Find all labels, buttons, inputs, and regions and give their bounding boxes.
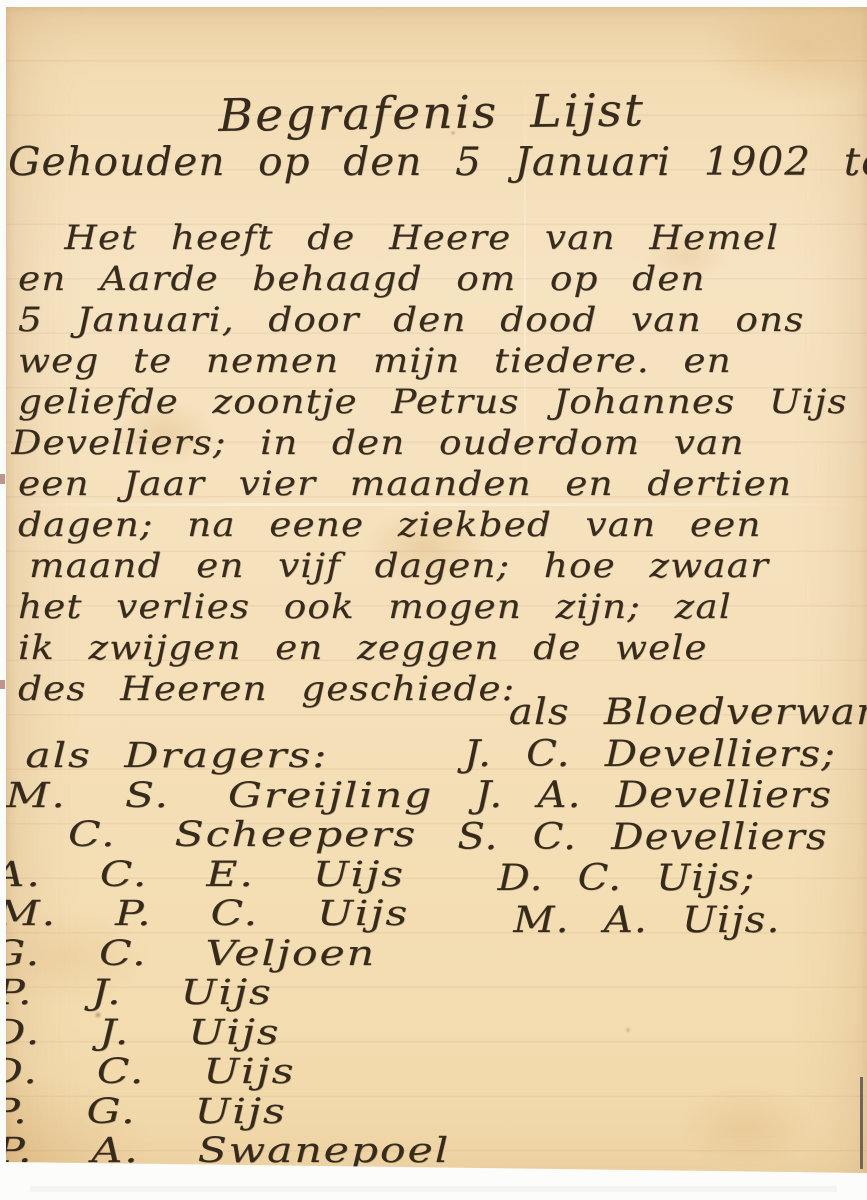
scan-edge-mark — [0, 680, 5, 689]
scan-edge-mark — [0, 474, 5, 484]
relative-name: D. C. Uijs; — [455, 858, 867, 900]
relative-name: M. A. Uijs. — [455, 900, 867, 942]
document-page: Begrafenis Lijst Gehouden op den 5 Janua… — [6, 7, 867, 1200]
document-subtitle: Gehouden op den 5 Januari 1902 te Volksr… — [8, 140, 867, 185]
bearer-name: P. G. Uijs — [0, 1093, 450, 1133]
scan-smudge — [30, 1186, 837, 1192]
bearers-list: als Dragers: M. S. Greijling J. C. Schee… — [0, 737, 450, 1172]
body-line: geliefde zoontje Petrus Johannes Uijs — [18, 382, 848, 423]
scan-background: Begrafenis Lijst Gehouden op den 5 Janua… — [0, 0, 867, 1200]
bearer-name: M. S. Greijling — [0, 777, 450, 817]
bearer-name: D. C. Uijs — [0, 1053, 450, 1093]
bearer-name: D. J. Uijs — [0, 1014, 450, 1054]
body-line: maand en vijf dagen; hoe zwaar — [18, 546, 848, 587]
relatives-list: als Bloedverwanten J. C. Develliers; Moe… — [455, 692, 867, 941]
body-line: het verlies ook mogen zijn; zal — [18, 587, 848, 628]
body-line: weg te nemen mijn tiedere. en — [18, 341, 848, 382]
body-line: dagen; na eene ziekbed van een — [18, 505, 848, 546]
bearer-name: P. A. Swanepoel — [0, 1132, 450, 1172]
bearer-name: M. P. C. Uijs — [0, 895, 450, 935]
bearer-name: J. C. Scheepers — [0, 816, 450, 856]
body-line: ik zwijgen en zeggen de wele — [18, 628, 848, 669]
relative-name: J. A. Develliers — [455, 775, 867, 817]
body-line: Develliers; in den ouderdom van — [11, 423, 847, 464]
relative-name: S. C. Develliers — [455, 817, 867, 859]
scan-right-edge-line — [860, 1077, 863, 1169]
bearer-name: G. C. Veljoen — [0, 935, 450, 975]
bearer-name: A. C. E. Uijs — [0, 856, 450, 896]
document-title: Begrafenis Lijst — [218, 83, 645, 142]
relatives-heading: als Bloedverwanten — [455, 692, 867, 734]
body-paragraph: Het heeft de Heere van Hemel en Aarde be… — [18, 218, 848, 710]
body-line: en Aarde behaagd om op den — [18, 259, 848, 300]
relative-name: J. C. Develliers; Moeder — [455, 734, 867, 776]
bearer-name: P. J. Uijs — [0, 974, 450, 1014]
body-line: een Jaar vier maanden en dertien — [18, 464, 848, 505]
body-line: 5 Januari, door den dood van ons — [18, 300, 848, 341]
body-line: Het heeft de Heere van Hemel — [18, 218, 848, 259]
bearers-heading: als Dragers: — [0, 737, 450, 777]
